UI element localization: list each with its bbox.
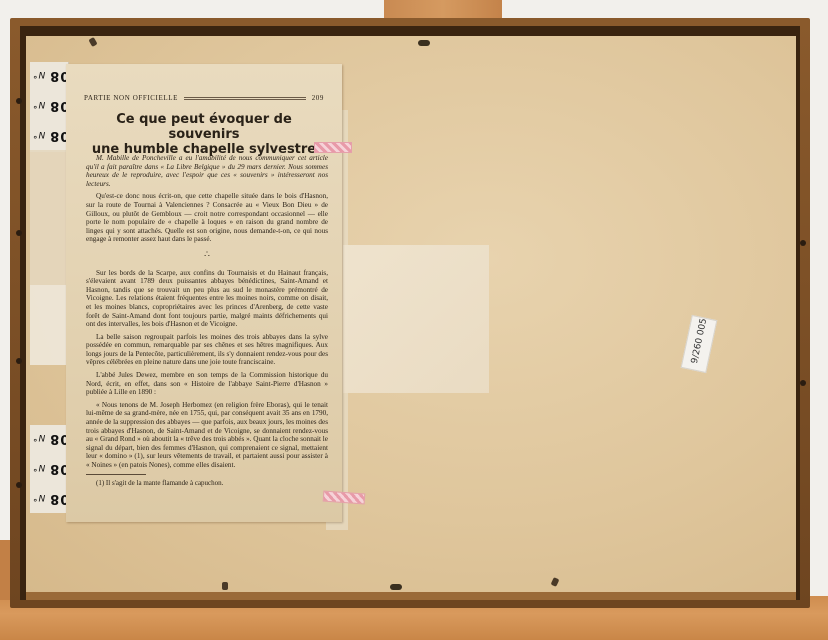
header-rule <box>184 97 306 100</box>
paragraph: « Nous tenons de M. Joseph Herbomez (en … <box>86 401 328 470</box>
pink-paper-tag <box>314 142 352 153</box>
separator: ∴ <box>86 250 328 259</box>
number-sticker: 08N° <box>32 461 69 476</box>
paragraph: Qu'est-ce donc nous écrit-on, que cette … <box>86 192 328 244</box>
clipping-body: M. Mabille de Poncheville a eu l'amabili… <box>86 154 328 491</box>
frame-screw <box>16 482 22 488</box>
number-sticker: 08N° <box>32 491 69 506</box>
frame-screw <box>800 240 806 246</box>
retaining-nail <box>390 584 402 590</box>
number-sticker: 08N° <box>32 431 69 446</box>
page-number: 209 <box>312 94 324 102</box>
sticker-strip-top: 08N° 08N° 08N° <box>30 62 69 152</box>
footnote-rule <box>86 474 146 475</box>
newspaper-clipping: PARTIE NON OFFICIELLE 209 Ce que peut év… <box>66 64 342 522</box>
hanging-hook <box>418 40 430 46</box>
paragraph: L'abbé Jules Dewez, membre en son temps … <box>86 371 328 397</box>
frame-bottom-rail <box>26 592 796 600</box>
paper-tape <box>30 285 68 365</box>
clipping-title: Ce que peut évoquer de souvenirs une hum… <box>80 112 328 157</box>
frame-screw <box>16 358 22 364</box>
faded-patch <box>343 245 489 393</box>
paper-tape <box>30 150 70 285</box>
number-sticker: 08N° <box>32 68 69 83</box>
easel-top-post <box>384 0 502 20</box>
footnote: (1) Il s'agit de la mante flamande à cap… <box>86 479 328 488</box>
number-sticker: 08N° <box>32 128 69 143</box>
paragraph: La belle saison regroupait parfois les m… <box>86 333 328 367</box>
clipping-header: PARTIE NON OFFICIELLE 209 <box>84 94 324 102</box>
frame-screw <box>16 230 22 236</box>
intro-paragraph: M. Mabille de Poncheville a eu l'amabili… <box>86 154 328 188</box>
retaining-nail <box>222 582 228 590</box>
number-sticker: 08N° <box>32 98 69 113</box>
frame-screw <box>800 380 806 386</box>
section-label: PARTIE NON OFFICIELLE <box>84 94 178 102</box>
paragraph: Sur les bords de la Scarpe, aux confins … <box>86 269 328 329</box>
sticker-strip-bottom: 08N° 08N° 08N° <box>30 425 69 513</box>
frame-screw <box>16 98 22 104</box>
